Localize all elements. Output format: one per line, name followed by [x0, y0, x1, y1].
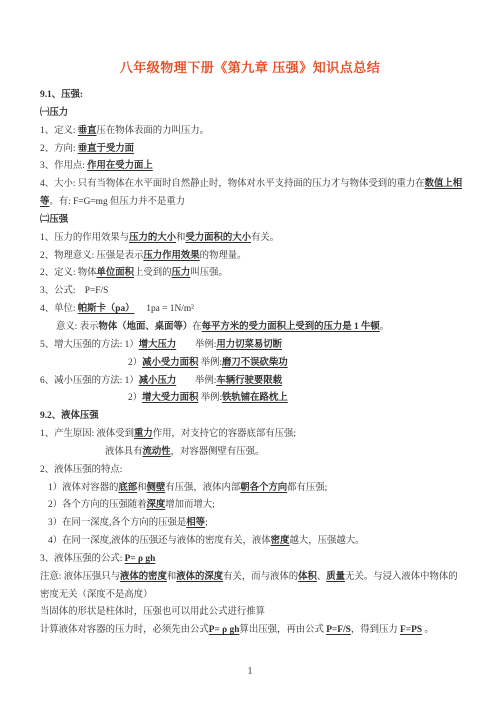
text-segment: 9.2、液体压强 — [40, 411, 99, 421]
text-segment: 流动性 — [143, 447, 171, 457]
text-segment: 增加而增大; — [165, 500, 214, 510]
text-segment: 3、公式: P=F/S — [40, 286, 108, 296]
text-segment: P= ρ gh — [209, 625, 240, 635]
text-segment: 减小压力 — [139, 376, 177, 386]
text-segment: 计算液体对容器的压力时，必须先由公式 — [40, 625, 209, 635]
text-segment: 压在物体表面的力叫压力。 — [97, 126, 210, 136]
text-segment: 增大压力 — [139, 340, 177, 350]
text-segment: 4）在同一深度,液体的压强还与液体的密度有关，液体 — [48, 536, 271, 546]
text-segment: 质量 — [326, 572, 345, 582]
text-segment: 数值上相 — [425, 179, 463, 189]
text-segment: 当固体的形状是柱体时，压强也可以用此公式进行推算 — [40, 607, 265, 617]
text-line: 2）减小受力面积 举例:磨刀不误砍柴功 — [40, 355, 462, 373]
text-segment: 3、作用点: — [40, 161, 87, 171]
text-segment: 和 — [167, 572, 176, 582]
text-line: 6、减小压强的方法: 1）减小压力 举例:车辆行驶要限载 — [40, 373, 462, 391]
text-segment: 重力 — [134, 429, 153, 439]
text-segment: 有压强，液体内部 — [165, 483, 240, 493]
text-segment: 压力 — [172, 268, 191, 278]
text-segment: 有关，而与液体的 — [223, 572, 298, 582]
text-segment: 压力作用效果 — [143, 251, 199, 261]
text-segment: 越大，压强越大。 — [289, 536, 364, 546]
text-line: 密度无关（深度不是高度） — [40, 587, 462, 605]
document-body: 9.1、压强:㈠压力1、定义: 垂直压在物体表面的力叫压力。2、方向: 垂直于受… — [0, 76, 500, 640]
text-segment: 的物理量。 — [200, 251, 247, 261]
text-segment: 举例: — [176, 340, 216, 350]
text-segment: 作用在受力面上 — [87, 161, 153, 171]
text-line: 计算液体对容器的压力时，必须先由公式P= ρ gh算出压强，再由公式 P=F/S… — [40, 622, 462, 640]
text-line: 当固体的形状是柱体时，压强也可以用此公式进行推算 — [40, 604, 462, 622]
text-segment: 意义: 表示 — [56, 322, 98, 332]
text-segment: 作用，对支持它的容器底部有压强; — [153, 429, 296, 439]
text-line: 4、单位: 帕斯卡（pa） 1pa = 1N/m² — [40, 301, 462, 319]
text-segment: 帕斯卡（pa） — [78, 304, 135, 314]
text-segment: 2、定义: 物体 — [40, 268, 97, 278]
text-segment: 受力面积的大小 — [185, 233, 251, 243]
text-segment: 1pa = 1N/m² — [135, 304, 194, 314]
text-segment: 都有压强; — [287, 483, 327, 493]
document-page: 八年级物理下册《第九章 压强》知识点总结 9.1、压强:㈠压力1、定义: 垂直压… — [0, 0, 500, 708]
text-segment: 密度 — [271, 536, 290, 546]
text-segment: 车辆行驶要限载 — [216, 376, 282, 386]
text-segment: 垂直 — [78, 126, 97, 136]
text-segment: 1）液体对容器的 — [48, 483, 118, 493]
text-segment: 1、定义: — [40, 126, 78, 136]
text-segment: 减小受力面积 — [142, 358, 198, 368]
text-segment: 增大受力面积 — [142, 393, 198, 403]
page-number: 1 — [0, 666, 500, 677]
text-segment: 举例: — [198, 393, 222, 403]
text-segment: 2、物理意义: 压强是表示 — [40, 251, 143, 261]
text-segment: 每平方米的受力面积上受到的压力是 1 牛顿 — [202, 322, 380, 332]
text-line: 4）在同一深度,液体的压强还与液体的密度有关，液体密度越大，压强越大。 — [40, 533, 462, 551]
text-segment: 有关。 — [251, 233, 279, 243]
text-segment: 底部 — [118, 483, 137, 493]
text-segment: 在 — [192, 322, 201, 332]
document-title: 八年级物理下册《第九章 压强》知识点总结 — [0, 0, 500, 76]
text-line: 液体具有流动性，对容器侧壁有压强。 — [40, 444, 462, 462]
text-segment: 相等 — [186, 518, 205, 528]
text-segment: 、 — [317, 572, 326, 582]
text-segment: ，对容器侧壁有压强。 — [171, 447, 265, 457]
text-segment: ，得到压力 — [351, 625, 400, 635]
text-line: 1、压力的作用效果与压力的大小和受力面积的大小有关。 — [40, 230, 462, 248]
text-segment: 2） — [128, 358, 142, 368]
text-line: 3、公式: P=F/S — [40, 283, 462, 301]
text-segment: 4、单位: — [40, 304, 78, 314]
text-segment: 4、大小: 只有当物体在水平面时自然静止时，物体对水平支持面的压力才与物体受到的… — [40, 179, 425, 189]
text-line: 意义: 表示物体（地面、桌面等）在每平方米的受力面积上受到的压力是 1 牛顿。 — [40, 319, 462, 337]
text-segment: 垂直于受力面 — [78, 144, 134, 154]
text-segment: 2） — [128, 393, 142, 403]
text-segment: P=F/S — [326, 625, 351, 635]
text-segment: 2）各个方向的压强随着 — [48, 500, 146, 510]
text-line: 9.1、压强: — [40, 87, 462, 105]
text-segment: 注意: 液体压强只与 — [40, 572, 120, 582]
text-segment: 3、液体压强的公式: — [40, 554, 125, 564]
text-segment: 1、产生原因: 液体受到 — [40, 429, 134, 439]
text-segment: ㈡压强 — [40, 215, 68, 225]
text-line: 4、大小: 只有当物体在水平面时自然静止时，物体对水平支持面的压力才与物体受到的… — [40, 176, 462, 194]
text-line: 2、方向: 垂直于受力面 — [40, 141, 462, 159]
text-segment: P= ρ gh — [125, 554, 156, 564]
text-segment: 深度 — [146, 500, 165, 510]
text-segment: 3）在同一深度,各个方向的压强是 — [48, 518, 186, 528]
text-segment: 等 — [40, 197, 49, 207]
text-line: 5、增大压强的方法: 1）增大压力 举例:用力切菜易切断 — [40, 337, 462, 355]
text-segment: 算出压强，再由公式 — [239, 625, 326, 635]
text-segment: 用力切菜易切断 — [216, 340, 282, 350]
text-segment: ; — [205, 518, 208, 528]
text-line: 等。有: F=G=mg 但压力并不是重力 — [40, 194, 462, 212]
text-line: 2、物理意义: 压强是表示压力作用效果的物理量。 — [40, 248, 462, 266]
text-segment: 物体（地面、桌面等） — [98, 322, 192, 332]
text-line: 2）增大受力面积 举例:铁轨铺在路枕上 — [40, 390, 462, 408]
text-line: 2）各个方向的压强随着深度增加而增大; — [40, 497, 462, 515]
text-segment: 。 — [422, 625, 434, 635]
text-segment: 单位面积 — [97, 268, 135, 278]
text-line: ㈡压强 — [40, 212, 462, 230]
text-segment: 举例: — [176, 376, 216, 386]
text-segment: 压力的大小 — [129, 233, 176, 243]
text-line: 2、液体压强的特点: — [40, 462, 462, 480]
text-segment: 叫压强。 — [190, 268, 228, 278]
text-line: 3）在同一深度,各个方向的压强是相等; — [40, 515, 462, 533]
text-line: 3、液体压强的公式: P= ρ gh — [40, 551, 462, 569]
text-line: 3、作用点: 作用在受力面上 — [40, 158, 462, 176]
text-segment: 密度无关（深度不是高度） — [40, 590, 153, 600]
text-line: 9.2、液体压强 — [40, 408, 462, 426]
text-segment: 6、减小压强的方法: 1） — [40, 376, 139, 386]
text-line: 注意: 液体压强只与液体的密度和液体的深度有关，而与液体的体积、质量无关。与浸入… — [40, 569, 462, 587]
text-segment: 侧壁 — [146, 483, 165, 493]
text-segment: 无关。与浸入液体中物体的 — [345, 572, 458, 582]
text-line: 1、产生原因: 液体受到重力作用，对支持它的容器底部有压强; — [40, 426, 462, 444]
text-line: 1、定义: 垂直压在物体表面的力叫压力。 — [40, 123, 462, 141]
text-line: ㈠压力 — [40, 105, 462, 123]
text-segment: 2、方向: — [40, 144, 78, 154]
text-segment: 液体的深度 — [176, 572, 223, 582]
text-segment: 液体的密度 — [120, 572, 167, 582]
text-segment: 上受到的 — [134, 268, 172, 278]
text-segment: 体积 — [298, 572, 317, 582]
text-segment: 朝各个方向 — [240, 483, 287, 493]
text-line: 1）液体对容器的底部和侧壁有压强，液体内部朝各个方向都有压强; — [40, 480, 462, 498]
text-segment: 和 — [176, 233, 185, 243]
text-segment: 举例: — [198, 358, 222, 368]
text-segment: 液体具有 — [105, 447, 143, 457]
text-segment: 铁轨铺在路枕上 — [222, 393, 288, 403]
text-segment: 1、压力的作用效果与 — [40, 233, 129, 243]
text-segment: 2、液体压强的特点: — [40, 465, 122, 475]
text-segment: 5、增大压强的方法: 1） — [40, 340, 139, 350]
text-segment: 。 — [380, 322, 389, 332]
text-segment: 。有: F=G=mg 但压力并不是重力 — [49, 197, 185, 207]
text-line: 2、定义: 物体单位面积上受到的压力叫压强。 — [40, 265, 462, 283]
text-segment: ㈠压力 — [40, 108, 68, 118]
text-segment: 磨刀不误砍柴功 — [222, 358, 288, 368]
text-segment: F=PS — [400, 625, 422, 635]
text-segment: 9.1、压强: — [40, 90, 83, 100]
